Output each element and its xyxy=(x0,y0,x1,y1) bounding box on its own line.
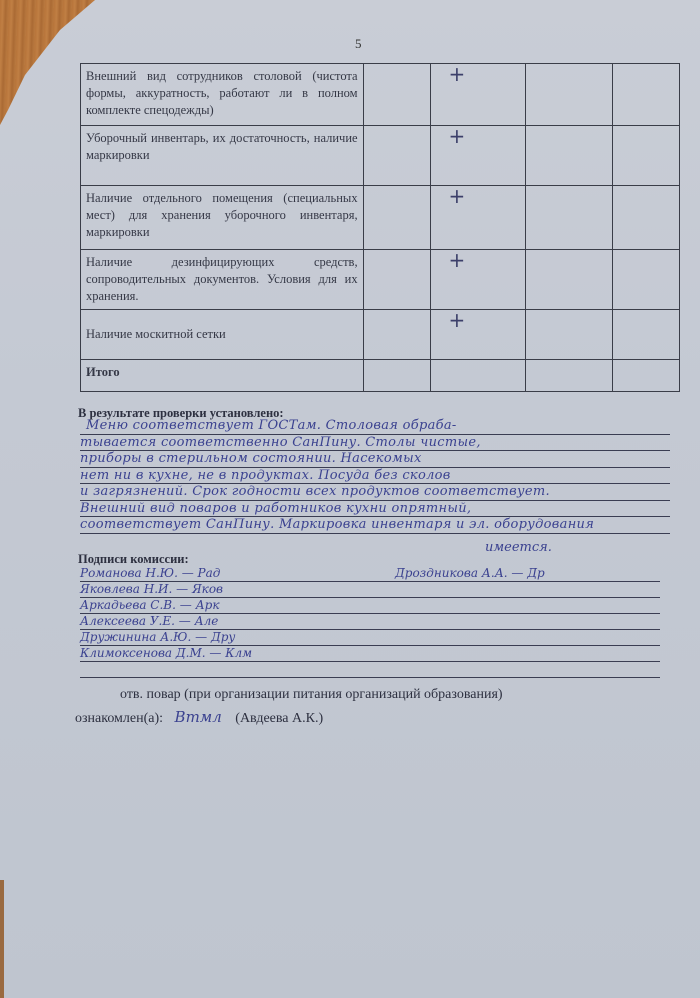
signature-line: Дружинина А.Ю. — Дру xyxy=(80,630,660,646)
mark-cell: + xyxy=(431,250,526,310)
criterion-cell: Наличие отдельного помещения (специальны… xyxy=(81,186,364,250)
table-row: Наличие отдельного помещения (специальны… xyxy=(81,186,680,250)
member-signature: — Арк xyxy=(180,598,220,612)
mark-cell xyxy=(613,126,680,186)
mark-cell xyxy=(526,250,613,310)
member-signature: — Яков xyxy=(176,582,223,596)
handwritten-line: нет ни в кухне, не в продуктах. Посуда б… xyxy=(80,468,670,485)
member-signature: — Рад xyxy=(182,566,221,580)
cook-signature: Втмл xyxy=(175,708,222,726)
signature-line: Алексеева У.Е. — Але xyxy=(80,614,660,630)
wood-edge-strip xyxy=(0,880,4,998)
member-name: Климоксенова Д.М. xyxy=(80,646,206,660)
handwritten-line: и загрязнений. Срок годности всех продук… xyxy=(80,484,670,501)
plus-mark: + xyxy=(448,128,465,145)
total-label: Итого xyxy=(81,360,364,392)
cook-name: (Авдеева А.К.) xyxy=(235,711,323,726)
signatures-heading: Подписи комиссии: xyxy=(78,552,189,567)
inspection-checklist-table: Внешний вид сотрудников столовой (чистот… xyxy=(80,63,680,392)
mark-cell xyxy=(526,360,613,392)
member-name: Алексеева У.Е. xyxy=(80,614,175,628)
plus-mark: + xyxy=(448,252,465,269)
handwritten-line: соответствует СанПину. Маркировка инвент… xyxy=(80,517,670,534)
signature-line: Аркадьева С.В. — Арк xyxy=(80,598,660,614)
mark-cell xyxy=(526,126,613,186)
signature-right-column: Дроздникова А.А. — Др xyxy=(395,566,545,580)
table-row-total: Итого xyxy=(81,360,680,392)
findings-handwritten-text: Меню соответствует ГОСТам. Столовая обра… xyxy=(80,418,670,534)
criterion-cell: Внешний вид сотрудников столовой (чистот… xyxy=(81,64,364,126)
mark-cell xyxy=(526,310,613,360)
mark-cell xyxy=(526,64,613,126)
mark-cell xyxy=(363,250,431,310)
mark-cell xyxy=(363,64,431,126)
mark-cell xyxy=(431,360,526,392)
mark-cell xyxy=(363,186,431,250)
handwritten-line: тывается соответственно СанПину. Столы ч… xyxy=(80,435,670,452)
mark-cell: + xyxy=(431,186,526,250)
handwritten-line: Меню соответствует ГОСТам. Столовая обра… xyxy=(80,418,670,435)
signature-line: Романова Н.Ю. — Рад Дроздникова А.А. — Д… xyxy=(80,566,660,582)
signature-line: Яковлева Н.И. — Яков xyxy=(80,582,660,598)
mark-cell xyxy=(363,360,431,392)
acknowledgement-line: ознакомлен(а): Втмл (Авдеева А.К.) xyxy=(75,708,323,727)
plus-mark: + xyxy=(448,312,465,329)
plus-mark: + xyxy=(448,66,465,83)
mark-cell: + xyxy=(431,64,526,126)
signature-line-empty xyxy=(80,662,660,678)
mark-cell xyxy=(526,186,613,250)
member-name: Дроздникова А.А. xyxy=(395,566,508,580)
acknowledged-label: ознакомлен(а): xyxy=(75,711,163,726)
member-signature: — Дру xyxy=(195,630,235,644)
table-row: Наличие москитной сетки + xyxy=(81,310,680,360)
member-name: Яковлева Н.И. xyxy=(80,582,172,596)
mark-cell xyxy=(613,186,680,250)
mark-cell xyxy=(613,64,680,126)
handwritten-line: Внешний вид поваров и работников кухни о… xyxy=(80,501,670,518)
member-signature: — Але xyxy=(179,614,219,628)
page-number: 5 xyxy=(355,36,362,52)
member-name: Дружинина А.Ю. xyxy=(80,630,191,644)
criterion-cell: Наличие москитной сетки xyxy=(81,310,364,360)
criterion-cell: Уборочный инвентарь, их достаточность, н… xyxy=(81,126,364,186)
mark-cell xyxy=(363,310,431,360)
member-signature: — Др xyxy=(511,566,544,580)
mark-cell xyxy=(613,360,680,392)
mark-cell: + xyxy=(431,310,526,360)
mark-cell xyxy=(613,310,680,360)
member-name: Аркадьева С.В. xyxy=(80,598,176,612)
mark-cell xyxy=(363,126,431,186)
table-row: Внешний вид сотрудников столовой (чистот… xyxy=(81,64,680,126)
handwritten-tail: имеется. xyxy=(485,540,552,555)
mark-cell xyxy=(613,250,680,310)
responsible-cook-caption: отв. повар (при организации питания орга… xyxy=(120,687,503,703)
table-row: Уборочный инвентарь, их достаточность, н… xyxy=(81,126,680,186)
table-row: Наличие дезинфицирующих средств, сопрово… xyxy=(81,250,680,310)
mark-cell: + xyxy=(431,126,526,186)
commission-signatures: Романова Н.Ю. — Рад Дроздникова А.А. — Д… xyxy=(80,566,660,678)
plus-mark: + xyxy=(448,188,465,205)
criterion-cell: Наличие дезинфицирующих средств, сопрово… xyxy=(81,250,364,310)
signature-line: Климоксенова Д.М. — Клм xyxy=(80,646,660,662)
handwritten-line: приборы в стерильном состоянии. Насекомы… xyxy=(80,451,670,468)
member-signature: — Клм xyxy=(209,646,252,660)
member-name: Романова Н.Ю. xyxy=(80,566,178,580)
